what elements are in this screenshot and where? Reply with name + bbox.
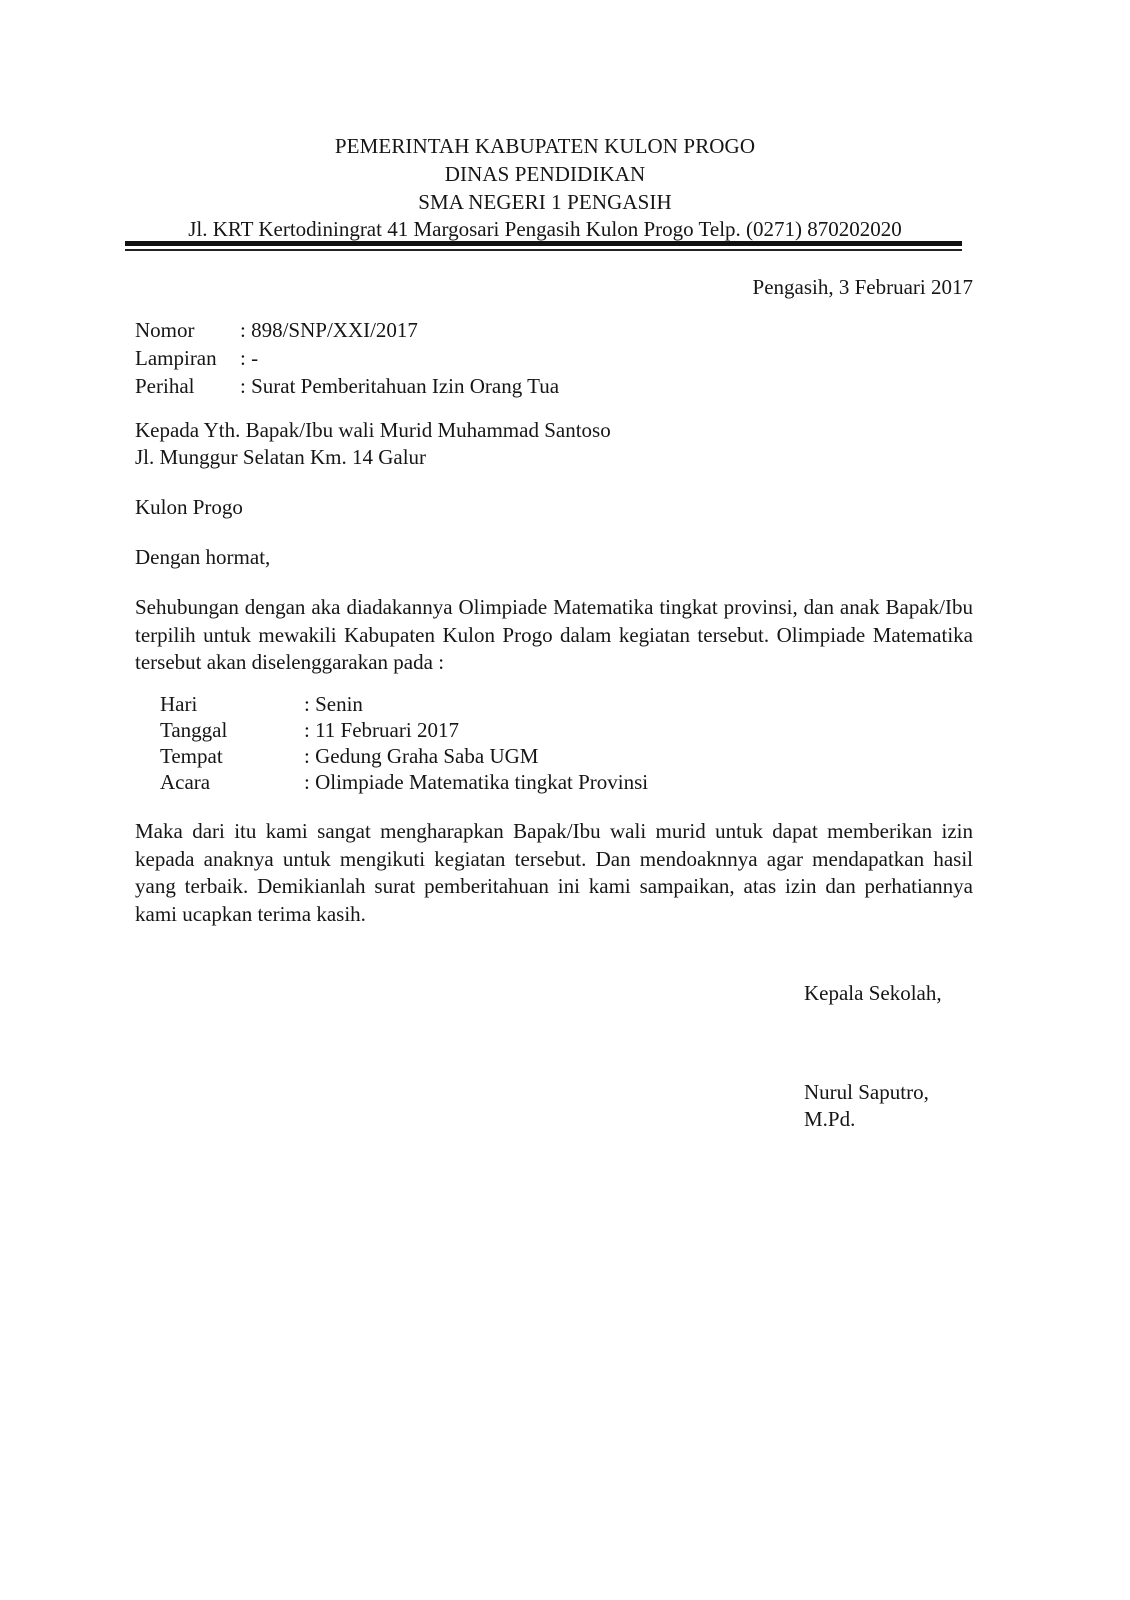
signature-title: Kepala Sekolah, bbox=[804, 981, 942, 1006]
detail-value-tempat: : Gedung Graha Saba UGM bbox=[304, 744, 538, 769]
recipient-name: Kepada Yth. Bapak/Ibu wali Murid Muhamma… bbox=[135, 418, 611, 443]
body-paragraph-2: Maka dari itu kami sangat mengharapkan B… bbox=[135, 818, 973, 928]
meta-value-nomor: : 898/SNP/XXI/2017 bbox=[240, 318, 418, 343]
meta-value-lampiran: : - bbox=[240, 346, 258, 371]
detail-label-acara: Acara bbox=[160, 770, 210, 795]
letterhead-agency: DINAS PENDIDIKAN bbox=[0, 162, 1090, 187]
detail-label-tanggal: Tanggal bbox=[160, 718, 227, 743]
meta-value-perihal: : Surat Pemberitahuan Izin Orang Tua bbox=[240, 374, 559, 399]
detail-value-hari: : Senin bbox=[304, 692, 363, 717]
letterhead-school: SMA NEGERI 1 PENGASIH bbox=[0, 190, 1090, 215]
meta-label-lampiran: Lampiran bbox=[135, 346, 217, 371]
letterhead-government: PEMERINTAH KABUPATEN KULON PROGO bbox=[0, 134, 1090, 159]
signature-name: Nurul Saputro, bbox=[804, 1080, 929, 1105]
letterhead-rule-thin bbox=[125, 249, 962, 251]
signature-degree: M.Pd. bbox=[804, 1107, 855, 1132]
body-paragraph-1: Sehubungan dengan aka diadakannya Olimpi… bbox=[135, 594, 973, 677]
detail-label-hari: Hari bbox=[160, 692, 197, 717]
meta-label-perihal: Perihal bbox=[135, 374, 194, 399]
letterhead-address: Jl. KRT Kertodiningrat 41 Margosari Peng… bbox=[0, 217, 1090, 242]
salutation: Dengan hormat, bbox=[135, 545, 270, 570]
detail-label-tempat: Tempat bbox=[160, 744, 223, 769]
letterhead-rule-thick bbox=[125, 241, 962, 246]
place-date: Pengasih, 3 Februari 2017 bbox=[753, 275, 973, 300]
detail-value-acara: : Olimpiade Matematika tingkat Provinsi bbox=[304, 770, 648, 795]
meta-label-nomor: Nomor bbox=[135, 318, 195, 343]
recipient-address: Jl. Munggur Selatan Km. 14 Galur bbox=[135, 445, 426, 470]
recipient-city: Kulon Progo bbox=[135, 495, 243, 520]
detail-value-tanggal: : 11 Februari 2017 bbox=[304, 718, 459, 743]
